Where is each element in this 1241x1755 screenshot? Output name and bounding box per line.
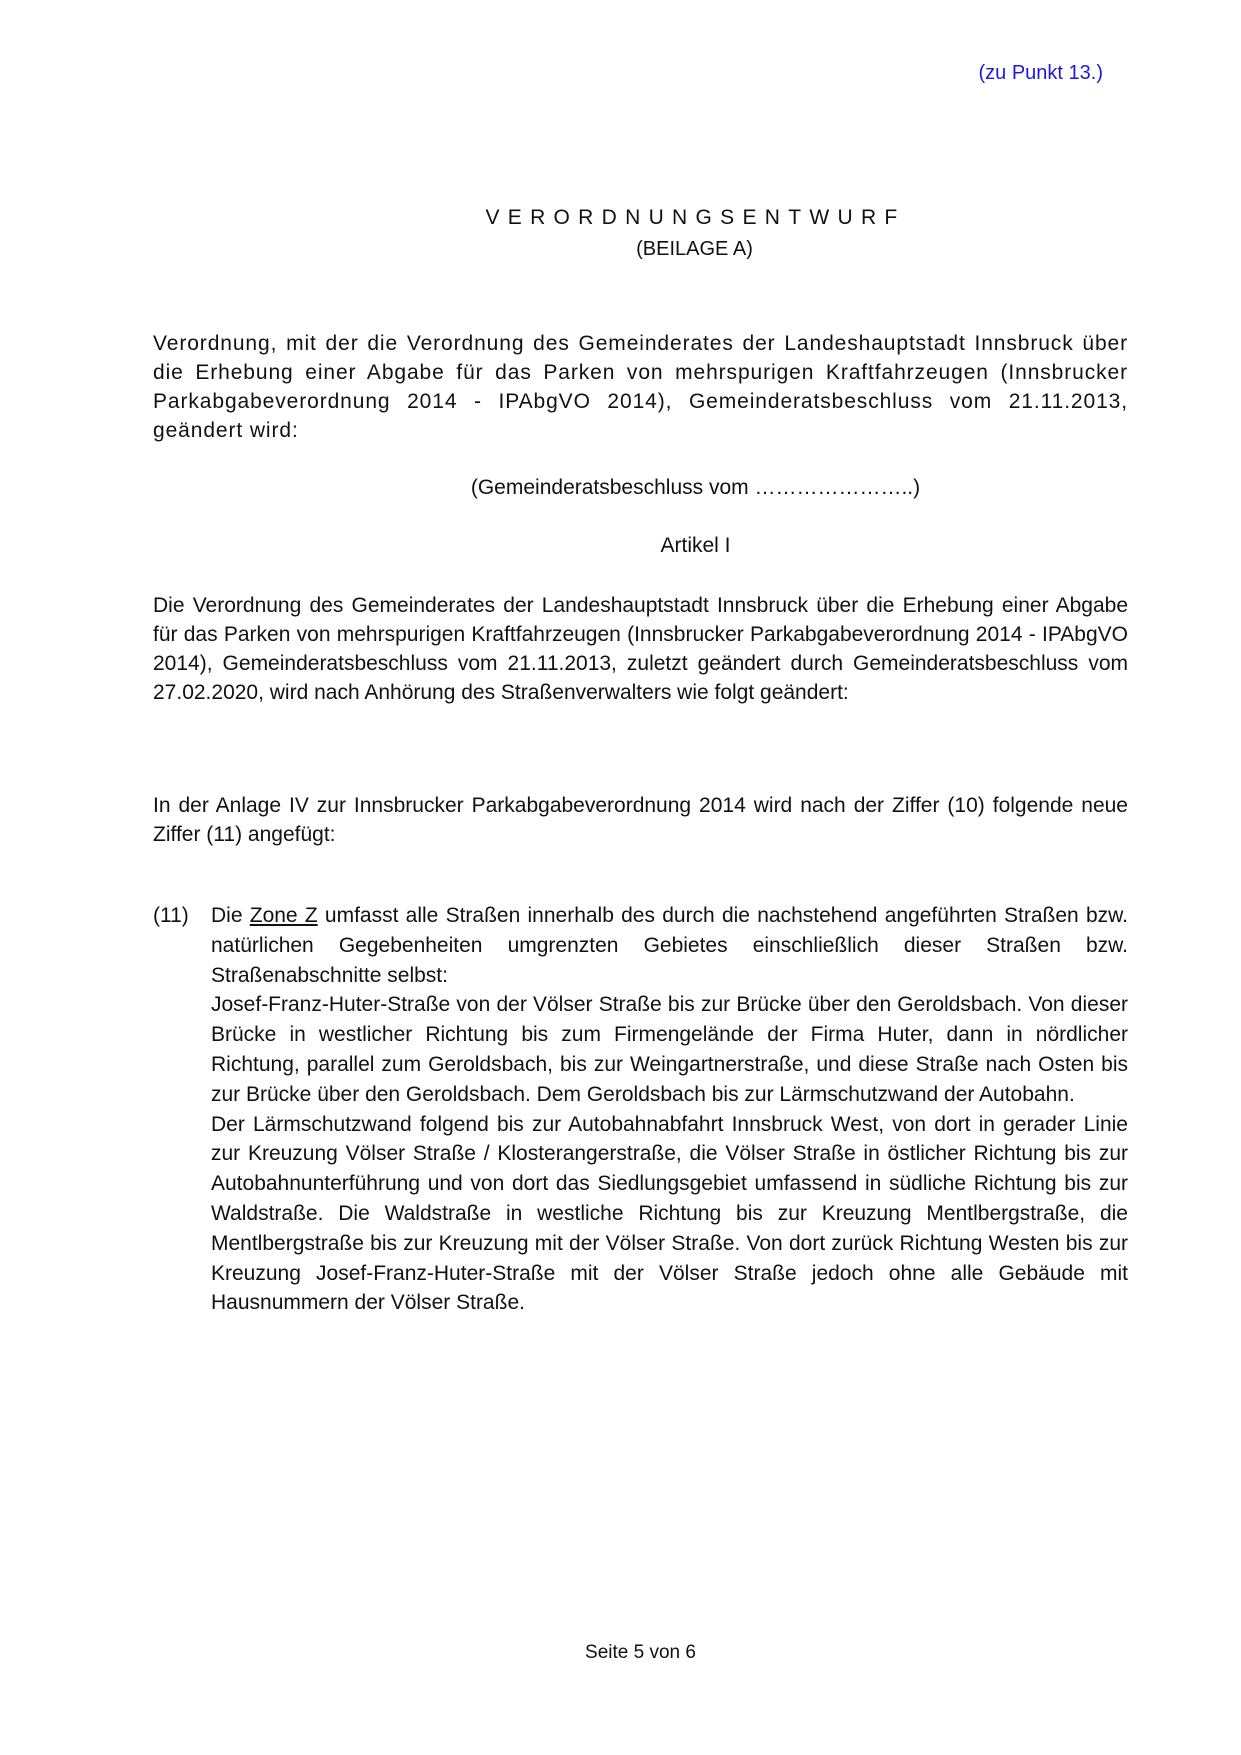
intro-paragraph: Verordnung, mit der die Verordnung des G… <box>153 329 1128 445</box>
resolution-line: (Gemeinderatsbeschluss vom …………………..) <box>0 476 1241 500</box>
item-lead: Die Zone Z umfasst alle Straßen innerhal… <box>211 901 1128 990</box>
zone-name: Zone Z <box>250 904 318 927</box>
document-subtitle: (BEILAGE A) <box>0 238 1241 261</box>
article-paragraph: Die Verordnung des Gemeinderates der Lan… <box>153 591 1128 707</box>
boundary-paragraph-1: Josef-Franz-Huter-Straße von der Völser … <box>211 990 1128 1109</box>
annex-paragraph: In der Anlage IV zur Innsbrucker Parkabg… <box>153 791 1128 849</box>
item-lead-end: umfasst alle Straßen innerhalb des durch… <box>211 904 1128 987</box>
document-title: VERORDNUNGSENTWURF <box>0 206 1241 230</box>
boundary-paragraph-2: Der Lärmschutzwand folgend bis zur Autob… <box>211 1110 1128 1319</box>
item-lead-start: Die <box>211 904 250 927</box>
page-number: Seite 5 von 6 <box>0 1642 1241 1664</box>
numbered-item: (11) Die Zone Z umfasst alle Straßen inn… <box>153 901 1128 1318</box>
article-heading: Artikel I <box>0 534 1241 558</box>
item-number: (11) <box>153 901 189 931</box>
agenda-reference: (zu Punkt 13.) <box>978 62 1103 85</box>
item-body: Die Zone Z umfasst alle Straßen innerhal… <box>211 901 1128 1318</box>
